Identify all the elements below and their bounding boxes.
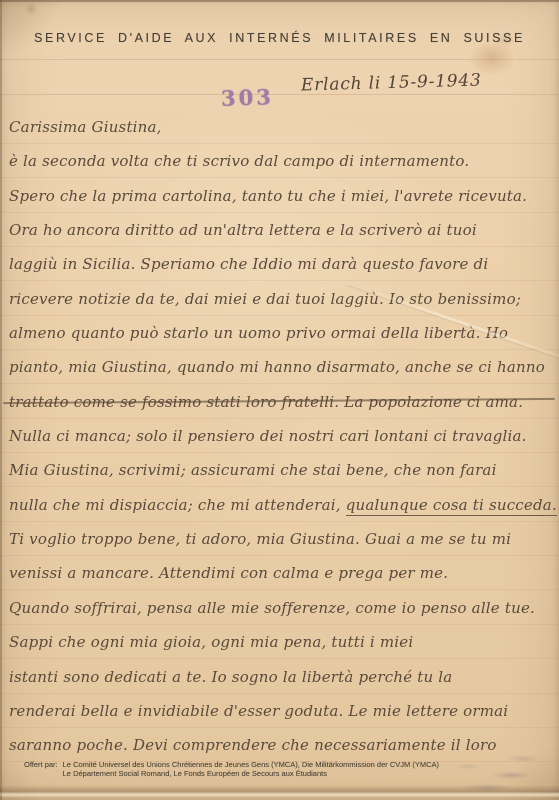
handwritten-line: saranno poche. Devi comprendere che nece… <box>0 728 559 762</box>
handwritten-line: venissi a mancare. Attendimi con calma e… <box>0 556 559 590</box>
handwritten-text: almeno quanto può starlo un uomo privo o… <box>9 324 508 342</box>
handwritten-line: è la seconda volta che ti scrivo dal cam… <box>0 144 559 178</box>
handwritten-line: Ti voglio troppo bene, ti adoro, mia Giu… <box>0 522 559 556</box>
handwritten-text: Quando soffrirai, pensa alle mie soffere… <box>9 599 535 617</box>
handwritten-text: trattato come se fossimo stati loro frat… <box>9 393 523 411</box>
handwritten-text: renderai bella e invidiabile d'esser god… <box>9 702 508 720</box>
footer-label: Offert par: <box>24 761 58 778</box>
handwritten-line: laggiù in Sicilia. Speriamo che Iddio mi… <box>0 247 559 281</box>
letter-body: Carissima Giustina, è la seconda volta c… <box>0 110 559 763</box>
handwritten-line: ricevere notizie da te, dai miei e dai t… <box>0 282 559 316</box>
handwritten-text: saranno poche. Devi comprendere che nece… <box>9 736 497 754</box>
handwritten-text: è la seconda volta che ti scrivo dal cam… <box>9 152 469 170</box>
handwritten-line: Ora ho ancora diritto ad un'altra letter… <box>0 213 559 247</box>
letterhead-title: SERVICE D'AIDE AUX INTERNÉS MILITAIRES E… <box>0 31 559 45</box>
handwritten-line: Mia Giustina, scrivimi; assicurami che s… <box>0 453 559 487</box>
handwritten-line: Quando soffrirai, pensa alle mie soffere… <box>0 591 559 625</box>
handwritten-line: Nulla ci manca; solo il pensiero dei nos… <box>0 419 559 453</box>
scan-edge <box>0 0 559 2</box>
handwritten-text: Ora ho ancora diritto ad un'altra letter… <box>9 221 477 239</box>
handwritten-line: pianto, mia Giustina, quando mi hanno di… <box>0 350 559 384</box>
handwritten-line: almeno quanto può starlo un uomo privo o… <box>0 316 559 350</box>
handwritten-text: Spero che la prima cartolina, tanto tu c… <box>9 187 527 205</box>
handwritten-text: pianto, mia Giustina, quando mi hanno di… <box>9 358 545 376</box>
handwritten-line: nulla che mi dispiaccia; che mi attender… <box>0 488 559 522</box>
handwritten-line: istanti sono dedicati a te. Io sogno la … <box>0 660 559 694</box>
scanned-letter-page: SERVICE D'AIDE AUX INTERNÉS MILITAIRES E… <box>0 0 559 800</box>
scan-edge <box>0 0 2 800</box>
ruled-line <box>0 59 559 60</box>
printed-footer: Offert par: Le Comité Universel des Unio… <box>24 761 539 778</box>
footer-line-2: Le Département Social Romand, Le Fonds E… <box>63 770 439 779</box>
censor-number-stamp: 303 <box>221 84 275 111</box>
handwritten-text: Mia Giustina, scrivimi; assicurami che s… <box>9 461 497 479</box>
fold-crease <box>0 785 559 797</box>
handwritten-line: renderai bella e invidiabile d'esser god… <box>0 694 559 728</box>
handwritten-text: Ti voglio troppo bene, ti adoro, mia Giu… <box>9 530 511 548</box>
handwritten-text: venissi a mancare. Attendimi con calma e… <box>9 564 448 582</box>
handwritten-line: Carissima Giustina, <box>0 110 559 144</box>
handwritten-text: nulla che mi dispiaccia; che mi attender… <box>9 496 346 514</box>
handwritten-text: Carissima Giustina, <box>9 118 162 136</box>
handwritten-line-censored: trattato come se fossimo stati loro frat… <box>0 385 559 419</box>
handwritten-text: Sappi che ogni mia gioia, ogni mia pena,… <box>9 633 413 651</box>
ruled-line <box>0 94 559 95</box>
handwritten-text: istanti sono dedicati a te. Io sogno la … <box>9 668 452 686</box>
handwritten-line: Sappi che ogni mia gioia, ogni mia pena,… <box>0 625 559 659</box>
handwritten-text: Nulla ci manca; solo il pensiero dei nos… <box>9 427 527 445</box>
handwritten-text: laggiù in Sicilia. Speriamo che Iddio mi… <box>9 255 488 273</box>
date-line: Erlach li 15-9-1943 <box>301 70 482 95</box>
handwritten-line: Spero che la prima cartolina, tanto tu c… <box>0 179 559 213</box>
underlined-phrase: qualunque cosa ti succeda. <box>346 496 557 516</box>
handwritten-text: ricevere notizie da te, dai miei e dai t… <box>9 290 521 308</box>
